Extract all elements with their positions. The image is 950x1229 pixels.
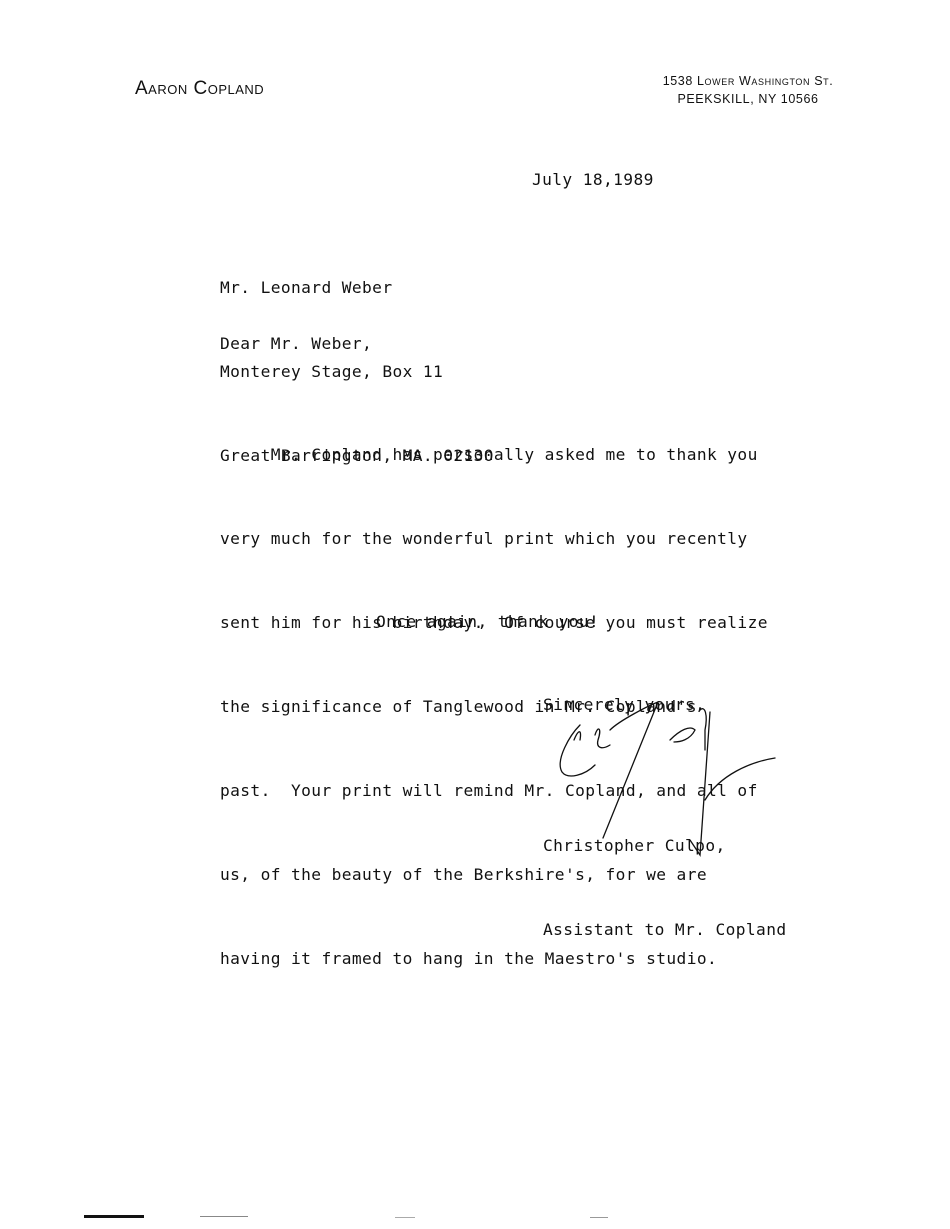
letterhead-address: 1538 Lower Washington St. PEEKSKILL, NY … <box>618 72 878 108</box>
closing-line: Once again, thank you! <box>376 608 599 636</box>
body-line: very much for the wonderful print which … <box>220 525 768 553</box>
recipient-name: Mr. Leonard Weber <box>220 274 494 302</box>
signer-title: Assistant to Mr. Copland <box>543 916 787 944</box>
letter-date: July 18,1989 <box>532 166 654 194</box>
signer-name: Christopher Culpo, <box>543 832 787 860</box>
salutation: Dear Mr. Weber, <box>220 330 372 358</box>
address-line-2: PEEKSKILL, NY 10566 <box>618 90 878 108</box>
letterhead-name: Aaron Copland <box>135 78 264 100</box>
signer-block: Christopher Culpo, Assistant to Mr. Copl… <box>543 776 787 972</box>
recipient-address-1: Monterey Stage, Box 11 <box>220 358 494 386</box>
signoff: Sincerely yours, <box>543 691 705 719</box>
scan-artifacts <box>0 1205 950 1229</box>
body-line: Mr. Copland has personally asked me to t… <box>220 441 768 469</box>
address-line-1: 1538 Lower Washington St. <box>618 72 878 90</box>
